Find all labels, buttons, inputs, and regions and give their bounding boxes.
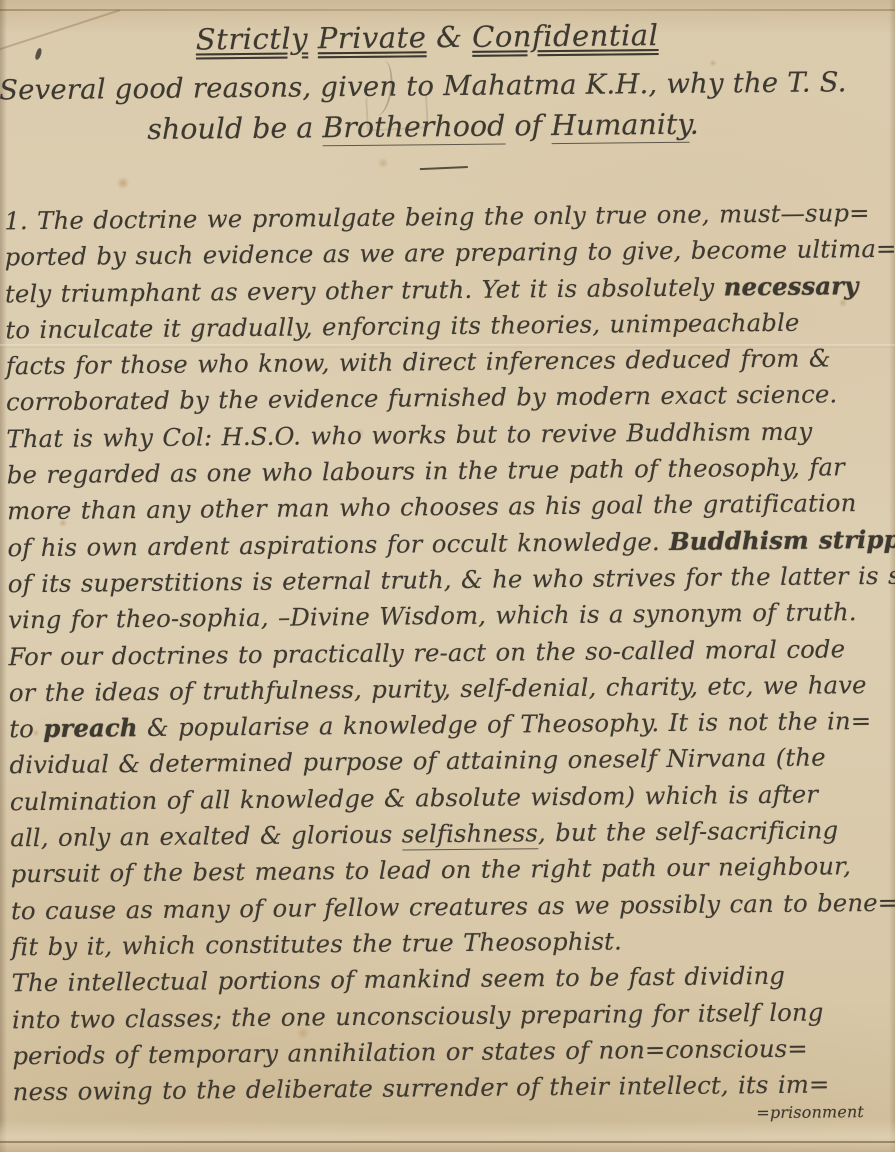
subtitle-line1: Several good reasons, given to Mahatma K… [0, 66, 890, 107]
document-title: Strictly Private & Confidential [0, 16, 860, 58]
page-bottom-edge [0, 1141, 895, 1143]
manuscript-body: 1. The doctrine we promulgate being the … [4, 195, 895, 1111]
manuscript-content: Strictly Private & Confidential Several … [0, 0, 895, 1130]
manuscript-page: Strictly Private & Confidential Several … [0, 0, 895, 1152]
subtitle-line2: should be a Brotherhood of Humanity. [0, 106, 851, 147]
flourish-divider [419, 166, 467, 170]
